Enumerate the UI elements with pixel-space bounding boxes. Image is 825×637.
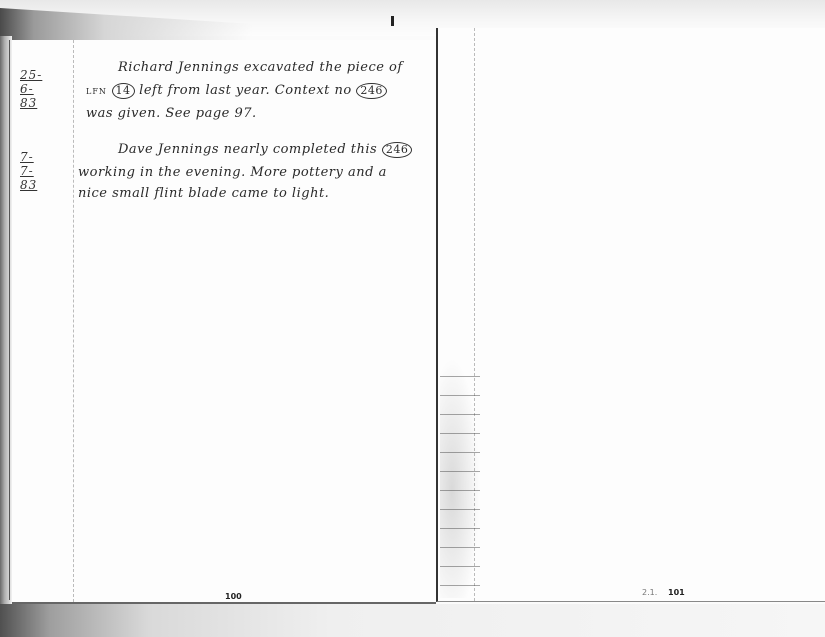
ribbon-marker bbox=[391, 16, 394, 26]
page-prefix: 2.1. bbox=[642, 588, 657, 597]
edge-tab-marks bbox=[440, 358, 480, 598]
page-number: 100 bbox=[225, 592, 242, 601]
entry-date: 25-6-83 bbox=[20, 68, 42, 110]
entry-text: left from last year. Context no bbox=[139, 83, 352, 98]
notebook-scan: 25-6-83 Richard Jennings excavated the p… bbox=[0, 0, 825, 637]
entry-line: working in the evening. More pottery and… bbox=[78, 165, 387, 180]
circled-context-number: 246 bbox=[382, 142, 413, 158]
left-page: 25-6-83 Richard Jennings excavated the p… bbox=[12, 40, 436, 604]
entry-line: Richard Jennings excavated the piece of bbox=[118, 60, 403, 75]
entry-date: 7-7-83 bbox=[20, 150, 37, 192]
entry-line: was given. See page 97. bbox=[86, 106, 257, 121]
entry-line: Dave Jennings nearly completed this 246 bbox=[118, 142, 412, 158]
bottom-edge-shadow bbox=[0, 604, 825, 637]
circled-number: 14 bbox=[112, 83, 135, 99]
entry-text: Dave Jennings nearly completed this bbox=[118, 142, 377, 157]
spine-edge bbox=[0, 36, 12, 606]
page-number: 101 bbox=[668, 588, 685, 597]
entry-line: LFN 14 left from last year. Context no 2… bbox=[86, 83, 387, 99]
circled-context-number: 246 bbox=[356, 83, 387, 99]
right-page: 2.1. 101 bbox=[436, 28, 825, 602]
left-margin-rule bbox=[73, 40, 74, 602]
site-code: LFN bbox=[86, 87, 107, 96]
spine-line bbox=[9, 40, 10, 600]
entry-line: nice small flint blade came to light. bbox=[78, 186, 329, 201]
